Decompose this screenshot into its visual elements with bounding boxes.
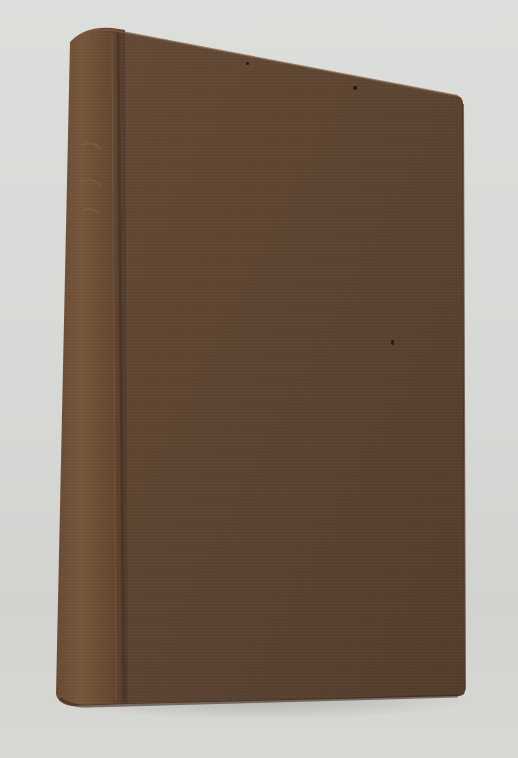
photo-scene xyxy=(0,0,518,758)
cover-blemish xyxy=(353,86,357,90)
book xyxy=(0,0,518,758)
cover-blemish xyxy=(246,62,249,65)
cover-blemish xyxy=(391,340,394,345)
book-shape xyxy=(0,0,518,758)
